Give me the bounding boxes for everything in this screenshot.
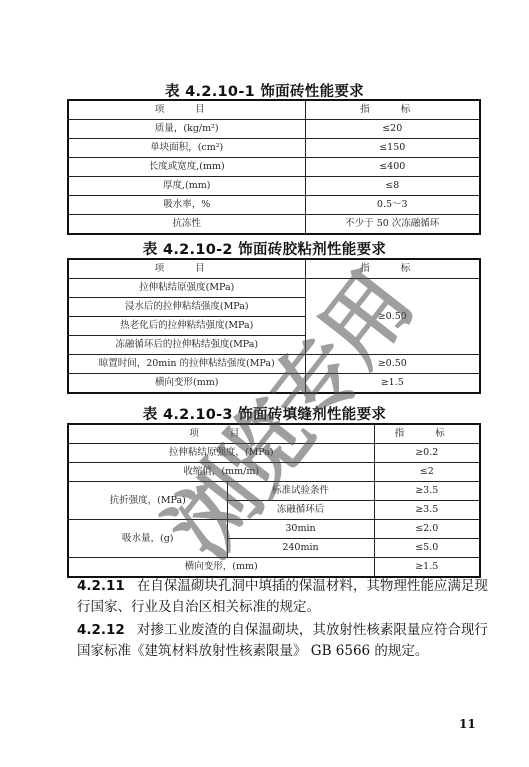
cell-item: 收缩值，(mm/m): [68, 463, 374, 482]
clause-4-2-11: 4.2.11在自保温砌块孔洞中填插的保温材料，其物理性能应满足现行国家、行业及自…: [77, 576, 497, 618]
cell-value: ≥1.5: [374, 558, 480, 578]
cell-item: 冻融循环后的拉伸粘结强度(MPa): [68, 336, 305, 355]
header-item: 项 目: [68, 424, 374, 444]
table-row: 抗冻性 不少于 50 次冻融循环: [68, 215, 480, 235]
cell-item: 吸水率，%: [68, 196, 305, 215]
cell-value: ≤8: [305, 177, 480, 196]
table-row: 拉伸粘结原强度(MPa) ≥0.50: [68, 279, 480, 298]
table-row: 抗折强度，(MPa) 标准试验条件 ≥3.5: [68, 482, 480, 501]
cell-item: 拉伸粘结原强度，(MPa): [68, 444, 374, 463]
cell-item: 质量，(kg/m²): [68, 120, 305, 139]
cell-value: ≥0.50: [305, 355, 480, 374]
cell-sub: 标准试验条件: [227, 482, 374, 501]
table-row: 吸水量，(g) 30min ≤2.0: [68, 520, 480, 539]
header-value: 指 标: [305, 100, 480, 120]
cell-item: 长度或宽度,(mm): [68, 158, 305, 177]
cell-sub: 30min: [227, 520, 374, 539]
cell-value: ≥3.5: [374, 501, 480, 520]
cell-value: ≤2: [374, 463, 480, 482]
cell-item: 横向变形，(mm): [68, 558, 374, 578]
clause-text: 对掺工业废渣的自保温砌块，其放射性核素限量应符合现行国家标准《建筑材料放射性核素…: [77, 622, 488, 659]
cell-item: 热老化后的拉伸粘结强度(MPa): [68, 317, 305, 336]
cell-value: 不少于 50 次冻融循环: [305, 215, 480, 235]
header-value: 指 标: [374, 424, 480, 444]
table-header-row: 项 目 指 标: [68, 100, 480, 120]
cell-item: 晾置时间，20min 的拉伸粘结强度(MPa): [68, 355, 305, 374]
cell-value: ≤2.0: [374, 520, 480, 539]
cell-value: ≤150: [305, 139, 480, 158]
cell-value: ≥1.5: [305, 374, 480, 394]
page-number: 11: [459, 717, 476, 731]
table-header-row: 项 目 指 标: [68, 259, 480, 279]
table-row: 横向变形(mm) ≥1.5: [68, 374, 480, 394]
table-row: 晾置时间，20min 的拉伸粘结强度(MPa) ≥0.50: [68, 355, 480, 374]
table3-grout-performance: 项 目 指 标 拉伸粘结原强度，(MPa) ≥0.2 收缩值，(mm/m) ≤2…: [67, 423, 481, 578]
clause-text: 在自保温砌块孔洞中填插的保温材料，其物理性能应满足现行国家、行业及自治区相关标准…: [77, 578, 488, 615]
header-value: 指 标: [305, 259, 480, 279]
table1-tile-performance: 项 目 指 标 质量，(kg/m²) ≤20 单块面积，(cm²) ≤150 长…: [67, 99, 481, 235]
cell-item: 拉伸粘结原强度(MPa): [68, 279, 305, 298]
table-row: 质量，(kg/m²) ≤20: [68, 120, 480, 139]
clause-4-2-12: 4.2.12对掺工业废渣的自保温砌块，其放射性核素限量应符合现行国家标准《建筑材…: [77, 620, 497, 662]
table-row: 吸水率，% 0.5～3: [68, 196, 480, 215]
table-row: 横向变形，(mm) ≥1.5: [68, 558, 480, 578]
cell-value: ≤5.0: [374, 539, 480, 558]
table-row: 长度或宽度,(mm) ≤400: [68, 158, 480, 177]
cell-value: ≤400: [305, 158, 480, 177]
table3-title: 表 4.2.10-3 饰面砖填缝剂性能要求: [0, 403, 529, 424]
header-item: 项 目: [68, 259, 305, 279]
table-row: 拉伸粘结原强度，(MPa) ≥0.2: [68, 444, 480, 463]
cell-item: 单块面积，(cm²): [68, 139, 305, 158]
cell-group: 吸水量，(g): [68, 520, 227, 558]
cell-item: 横向变形(mm): [68, 374, 305, 394]
cell-group: 抗折强度，(MPa): [68, 482, 227, 520]
cell-item: 抗冻性: [68, 215, 305, 235]
clause-number: 4.2.12: [77, 622, 125, 638]
cell-value: ≥0.2: [374, 444, 480, 463]
table-row: 收缩值，(mm/m) ≤2: [68, 463, 480, 482]
table-row: 厚度,(mm) ≤8: [68, 177, 480, 196]
cell-merged-value: ≥0.50: [305, 279, 480, 355]
table2-adhesive-performance: 项 目 指 标 拉伸粘结原强度(MPa) ≥0.50 浸水后的拉伸粘结强度(MP…: [67, 258, 481, 394]
table-header-row: 项 目 指 标: [68, 424, 480, 444]
clause-number: 4.2.11: [77, 578, 125, 594]
table-row: 单块面积，(cm²) ≤150: [68, 139, 480, 158]
table2-title: 表 4.2.10-2 饰面砖胶粘剂性能要求: [0, 238, 529, 259]
cell-value: ≥3.5: [374, 482, 480, 501]
cell-item: 厚度,(mm): [68, 177, 305, 196]
cell-sub: 240min: [227, 539, 374, 558]
cell-sub: 冻融循环后: [227, 501, 374, 520]
cell-item: 浸水后的拉伸粘结强度(MPa): [68, 298, 305, 317]
cell-value: ≤20: [305, 120, 480, 139]
header-item: 项 目: [68, 100, 305, 120]
cell-value: 0.5～3: [305, 196, 480, 215]
table1-title: 表 4.2.10-1 饰面砖性能要求: [0, 80, 529, 101]
